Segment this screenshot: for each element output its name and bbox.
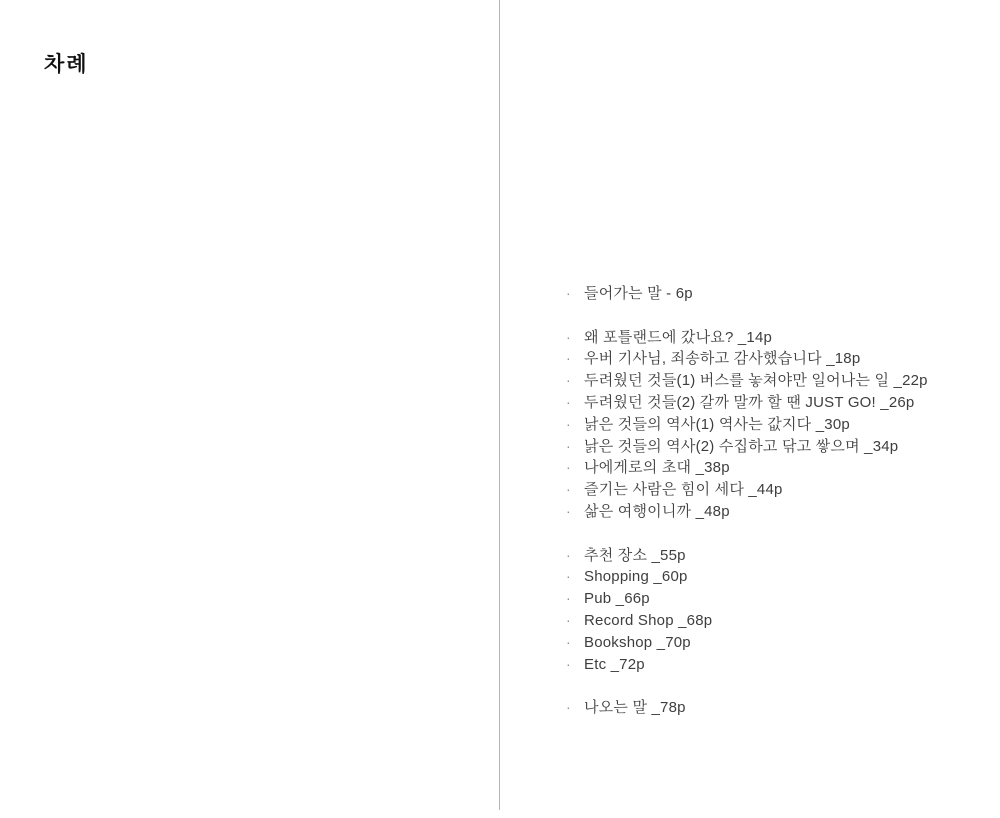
bullet-icon: · [566,697,584,719]
toc-entry: ·왜 포틀랜드에 갔나요? _14p [566,327,928,349]
bullet-icon: · [566,588,584,610]
toc-entry: ·나오는 말 _78p [566,697,928,719]
bullet-icon: · [566,566,584,588]
toc-entry-label: 우버 기사님, 죄송하고 감사했습니다 _18p [584,348,860,370]
toc-entry-label: Pub _66p [584,588,650,610]
bullet-icon: · [566,414,584,436]
bullet-icon: · [566,501,584,523]
toc-entry-label: 즐기는 사람은 힘이 세다 _44p [584,479,783,501]
toc-entry-label: 낡은 것들의 역사(2) 수집하고 닦고 쌓으며 _34p [584,436,898,458]
toc-entry: ·두려웠던 것들(1) 버스를 놓쳐야만 일어나는 일 _22p [566,370,928,392]
toc-entry: ·Record Shop _68p [566,610,928,632]
toc-list: ·들어가는 말 - 6p·왜 포틀랜드에 갔나요? _14p·우버 기사님, 죄… [566,283,928,719]
toc-entry: ·Pub _66p [566,588,928,610]
toc-entry-label: 왜 포틀랜드에 갔나요? _14p [584,327,772,349]
toc-group: ·들어가는 말 - 6p [566,283,928,305]
toc-entry: ·Bookshop _70p [566,632,928,654]
toc-entry: ·Etc _72p [566,654,928,676]
toc-entry: ·두려웠던 것들(2) 갈까 말까 할 땐 JUST GO! _26p [566,392,928,414]
page-divider [499,0,500,810]
toc-entry-label: Record Shop _68p [584,610,712,632]
toc-entry: ·들어가는 말 - 6p [566,283,928,305]
bullet-icon: · [566,632,584,654]
toc-group: ·추천 장소 _55p·Shopping _60p·Pub _66p·Recor… [566,545,928,676]
toc-entry-label: 추천 장소 _55p [584,545,686,567]
bullet-icon: · [566,545,584,567]
toc-entry-label: 두려웠던 것들(2) 갈까 말까 할 땐 JUST GO! _26p [584,392,914,414]
toc-entry: ·Shopping _60p [566,566,928,588]
toc-entry: ·나에게로의 초대 _38p [566,457,928,479]
toc-entry: ·낡은 것들의 역사(2) 수집하고 닦고 쌓으며 _34p [566,436,928,458]
toc-entry-label: 나오는 말 _78p [584,697,686,719]
bullet-icon: · [566,327,584,349]
bullet-icon: · [566,654,584,676]
toc-entry-label: Shopping _60p [584,566,688,588]
toc-group: ·왜 포틀랜드에 갔나요? _14p·우버 기사님, 죄송하고 감사했습니다 _… [566,327,928,523]
toc-entry-label: Bookshop _70p [584,632,691,654]
toc-entry: ·낡은 것들의 역사(1) 역사는 값지다 _30p [566,414,928,436]
toc-entry: ·추천 장소 _55p [566,545,928,567]
bullet-icon: · [566,348,584,370]
bullet-icon: · [566,457,584,479]
book-spread: 차례 ·들어가는 말 - 6p·왜 포틀랜드에 갔나요? _14p·우버 기사님… [0,0,1000,818]
toc-entry: ·삶은 여행이니까 _48p [566,501,928,523]
bullet-icon: · [566,370,584,392]
bullet-icon: · [566,436,584,458]
bullet-icon: · [566,479,584,501]
toc-entry-label: 삶은 여행이니까 _48p [584,501,730,523]
toc-entry-label: 들어가는 말 - 6p [584,283,693,305]
toc-entry-label: 낡은 것들의 역사(1) 역사는 값지다 _30p [584,414,850,436]
toc-entry: ·즐기는 사람은 힘이 세다 _44p [566,479,928,501]
toc-entry-label: 두려웠던 것들(1) 버스를 놓쳐야만 일어나는 일 _22p [584,370,928,392]
bullet-icon: · [566,392,584,414]
bullet-icon: · [566,610,584,632]
toc-entry: ·우버 기사님, 죄송하고 감사했습니다 _18p [566,348,928,370]
toc-group: ·나오는 말 _78p [566,697,928,719]
page-title: 차례 [44,52,89,76]
toc-entry-label: 나에게로의 초대 _38p [584,457,730,479]
bullet-icon: · [566,283,584,305]
toc-entry-label: Etc _72p [584,654,645,676]
